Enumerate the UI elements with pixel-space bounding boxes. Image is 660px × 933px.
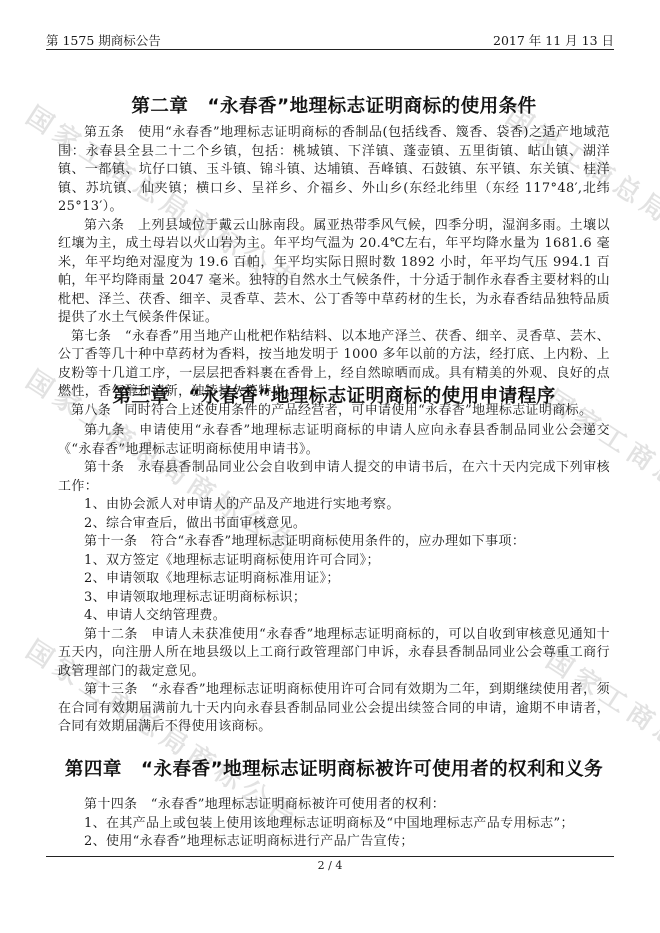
list-item: 2、使用“永春香”地理标志证明商标进行产品广告宣传； [58, 833, 610, 852]
article-10: 第十条 永春县香制品同业公会自收到申请人提交的申请书后，在六十天内完成下列审核工… [58, 459, 610, 496]
article-14: 第十四条 “永春香”地理标志证明商标被许可使用者的权利： [58, 796, 610, 815]
article-6: 第六条 上列县域位于戴云山脉南段。属亚热带季风气候，四季分明，湿润多雨。土壤以红… [58, 217, 610, 328]
article-13: 第十三条 “永春香”地理标志证明商标使用许可合同有效期为二年，到期继续使用者，须… [58, 681, 610, 737]
article-11: 第十一条 符合“永春香”地理标志证明商标使用条件的，应办理如下事项： [58, 533, 610, 552]
list-item: 1、由协会派人对申请人的产品及产地进行实地考察。 [58, 496, 610, 515]
list-item: 4、申请人交纳管理费。 [58, 607, 610, 626]
page-header: 第 1575 期商标公告 2017 年 11 月 13 日 [46, 29, 614, 50]
chapter-title: 第二章 “永春香”地理标志证明商标的使用条件 [58, 92, 610, 118]
list-item: 1、在其产品上或包装上使用该地理标志证明商标及“中国地理标志产品专用标志”； [58, 815, 610, 834]
chapter-2-body: 第五条 使用“永春香”地理标志证明商标的香制品(包括线香、篾香、袋香)之适产地域… [58, 124, 610, 420]
chapter-title: 第三章 “永春香”地理标志证明商标的使用申请程序 [58, 382, 610, 408]
list-item: 2、申请领取《地理标志证明商标准用证》； [58, 570, 610, 589]
page-number: 2 / 4 [46, 859, 614, 872]
issue-number: 第 1575 期商标公告 [46, 31, 161, 49]
issue-date: 2017 年 11 月 13 日 [493, 31, 614, 49]
article-12: 第十二条 申请人未获准使用“永春香”地理标志证明商标的，可以自收到审核意见通知十… [58, 626, 610, 682]
list-item: 3、申请领取地理标志证明商标标识； [58, 589, 610, 608]
page-footer: 2 / 4 [46, 856, 614, 857]
list-item: 2、综合审查后，做出书面审核意见。 [58, 515, 610, 534]
chapter-3-body: 第九条 申请使用“永春香”地理标志证明商标的申请人应向永春县香制品同业公会递交《… [58, 422, 610, 737]
chapter-4-body: 第十四条 “永春香”地理标志证明商标被许可使用者的权利： 1、在其产品上或包装上… [58, 796, 610, 852]
list-item: 1、双方签定《地理标志证明商标使用许可合同》； [58, 552, 610, 571]
chapter-title: 第四章 “永春香”地理标志证明商标被许可使用者的权利和义务 [58, 755, 610, 781]
article-5: 第五条 使用“永春香”地理标志证明商标的香制品(包括线香、篾香、袋香)之适产地域… [58, 124, 610, 217]
article-9: 第九条 申请使用“永春香”地理标志证明商标的申请人应向永春县香制品同业公会递交《… [58, 422, 610, 459]
